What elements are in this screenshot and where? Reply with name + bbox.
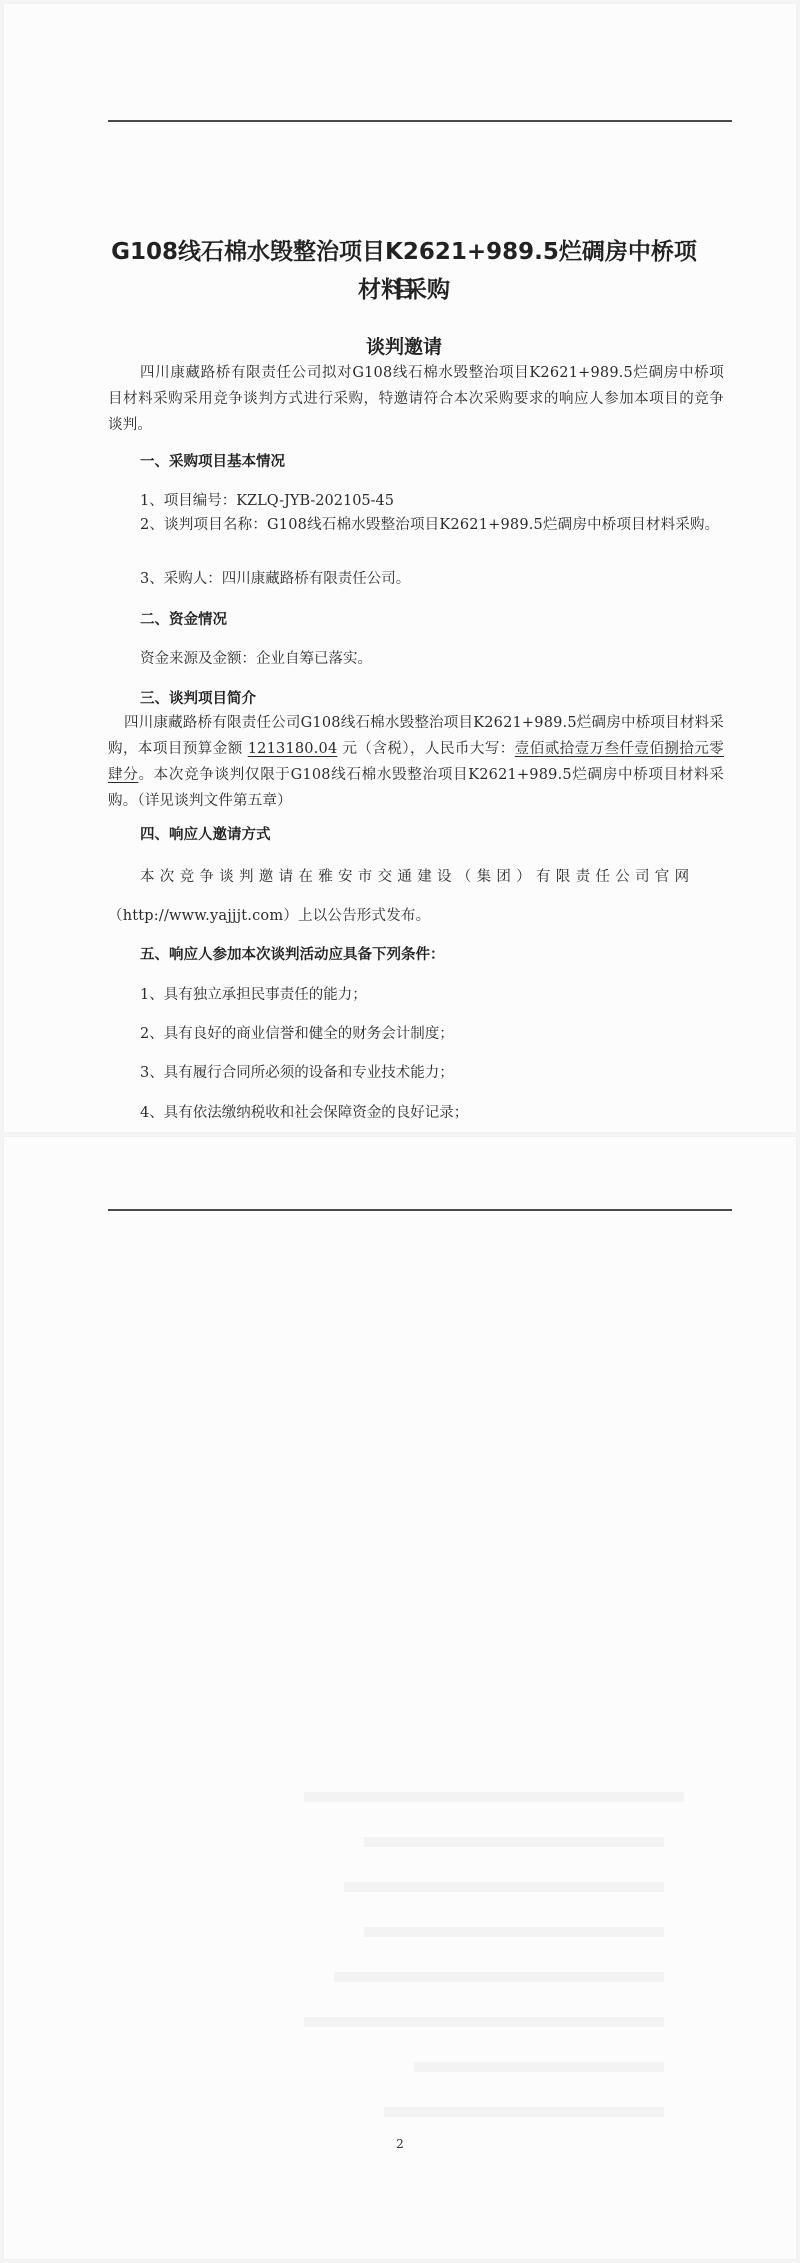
page-1-tail-visible-final: 5、参加本次谈判活动前三年内，在经营活动中没有重大违法记录； xyxy=(0,0,800,1132)
page-number: 2 xyxy=(4,2137,796,2151)
header-rule xyxy=(108,1209,732,1211)
document-page-2: 2 xyxy=(4,1137,796,2259)
